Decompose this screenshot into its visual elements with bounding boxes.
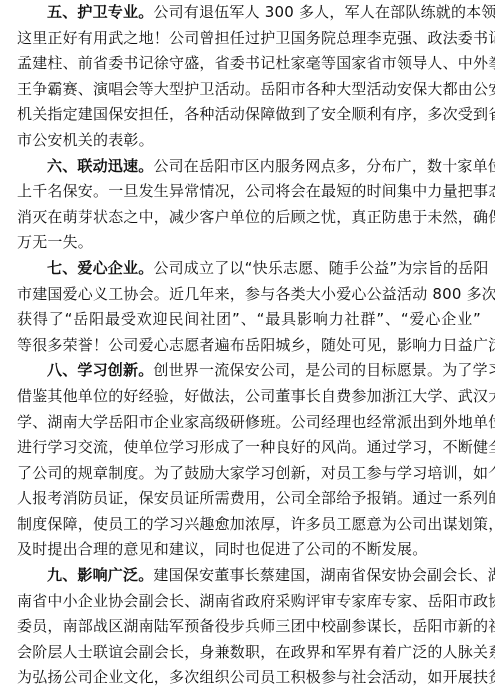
section-heading: 八、学习创新。 — [47, 361, 153, 379]
paragraph-line: 九、影响广泛。建国保安董事长蔡建国，湖南省保安协会副会长、湖 — [17, 563, 481, 589]
paragraph-line: 孟建柱、前省委书记徐守盛，省委书记杜家毫等国家省市领导人、中外拳 — [17, 51, 481, 77]
paragraph-text: 公司有退伍军人 300 多人，军人在部队练就的本领在 — [153, 3, 495, 21]
paragraph-line: 获得了“岳阳最受欢迎民间社团”、“最具影响力社群”、“爱心企业” — [17, 307, 481, 333]
section-heading: 六、联动迅速。 — [47, 157, 153, 175]
paragraph-line: 等很多荣誉！公司爱心志愿者遍布岳阳城乡，随处可见，影响力日益广泛。 — [17, 333, 481, 359]
paragraph-line: 了公司的规章制度。为了鼓励大家学习创新，对员工参与学习培训，如个 — [17, 461, 481, 487]
paragraph-line: 为弘扬公司企业文化，多次组织公司员工积极参与社会活动，如开展扶贫 — [17, 665, 481, 691]
paragraph-line: 市建国爱心义工协会。近几年来，参与各类大小爱心公益活动 800 多次， — [17, 282, 481, 308]
paragraph-text: 创世界一流保安公司，是公司的目标愿景。为了学习 — [153, 361, 495, 379]
paragraph-line: 会阶层人士联谊会副会长，身兼数职，在政界和军界有着广泛的人脉关系。 — [17, 640, 481, 666]
paragraph-line: 六、联动迅速。公司在岳阳市区内服务网点多，分布广，数十家单位， — [17, 154, 481, 180]
paragraph-text: 建国保安董事长蔡建国，湖南省保安协会副会长、湖 — [153, 566, 495, 584]
section-heading: 五、护卫专业。 — [47, 3, 153, 21]
paragraph-line: 八、学习创新。创世界一流保安公司，是公司的目标愿景。为了学习 — [17, 358, 481, 384]
paragraph-line: 这里正好有用武之地！公司曾担任过护卫国务院总理李克强、政法委书记 — [17, 26, 481, 52]
paragraph-line: 王争霸赛、演唱会等大型护卫活动。岳阳市各种大型活动安保大都由公安 — [17, 77, 481, 103]
section-heading: 七、爱心企业。 — [47, 259, 153, 277]
paragraph-line: 市公安机关的表彰。 — [17, 128, 481, 154]
paragraph-line: 借鉴其他单位的好经验，好做法，公司董事长自费参加浙江大学、武汉大 — [17, 384, 481, 410]
paragraph-line: 进行学习交流，使单位学习形成了一种良好的风尚。通过学习，不断健全 — [17, 435, 481, 461]
document-body: 五、护卫专业。公司有退伍军人 300 多人，军人在部队练就的本领在 这里正好有用… — [17, 0, 481, 691]
paragraph-text: 公司成立了以“快乐志愿、随手公益”为宗旨的岳阳 — [153, 259, 488, 277]
paragraph-line: 及时提出合理的意见和建议，同时也促进了公司的不断发展。 — [17, 537, 481, 563]
paragraph-line: 消灭在萌芽状态之中，减少客户单位的后顾之忧，真正防患于未然，确保 — [17, 205, 481, 231]
paragraph-line: 人报考消防员证，保安员证所需费用，公司全部给予报销。通过一系列的 — [17, 486, 481, 512]
paragraph-line: 南省中小企业协会副会长、湖南省政府采购评审专家库专家、岳阳市政协 — [17, 589, 481, 615]
paragraph-line: 学、湖南大学岳阳市企业家高级研修班。公司经理也经常派出到外地单位 — [17, 410, 481, 436]
paragraph-line: 上千名保安。一旦发生异常情况，公司将会在最短的时间集中力量把事态 — [17, 179, 481, 205]
paragraph-line: 委员，南部战区湖南陆军预备役步兵师三团中校副参谋长，岳阳市新的社 — [17, 614, 481, 640]
paragraph-text: 公司在岳阳市区内服务网点多，分布广，数十家单位， — [153, 157, 495, 175]
paragraph-line: 制度保障，使员工的学习兴趣愈加浓厚，许多员工愿意为公司出谋划策， — [17, 512, 481, 538]
paragraph-line: 机关指定建国保安担任，各种活动保障做到了安全顺利有序，多次受到省、 — [17, 102, 481, 128]
section-heading: 九、影响广泛。 — [47, 566, 153, 584]
paragraph-line: 万无一失。 — [17, 230, 481, 256]
paragraph-line: 五、护卫专业。公司有退伍军人 300 多人，军人在部队练就的本领在 — [17, 0, 481, 26]
paragraph-line: 七、爱心企业。公司成立了以“快乐志愿、随手公益”为宗旨的岳阳 — [17, 256, 481, 282]
